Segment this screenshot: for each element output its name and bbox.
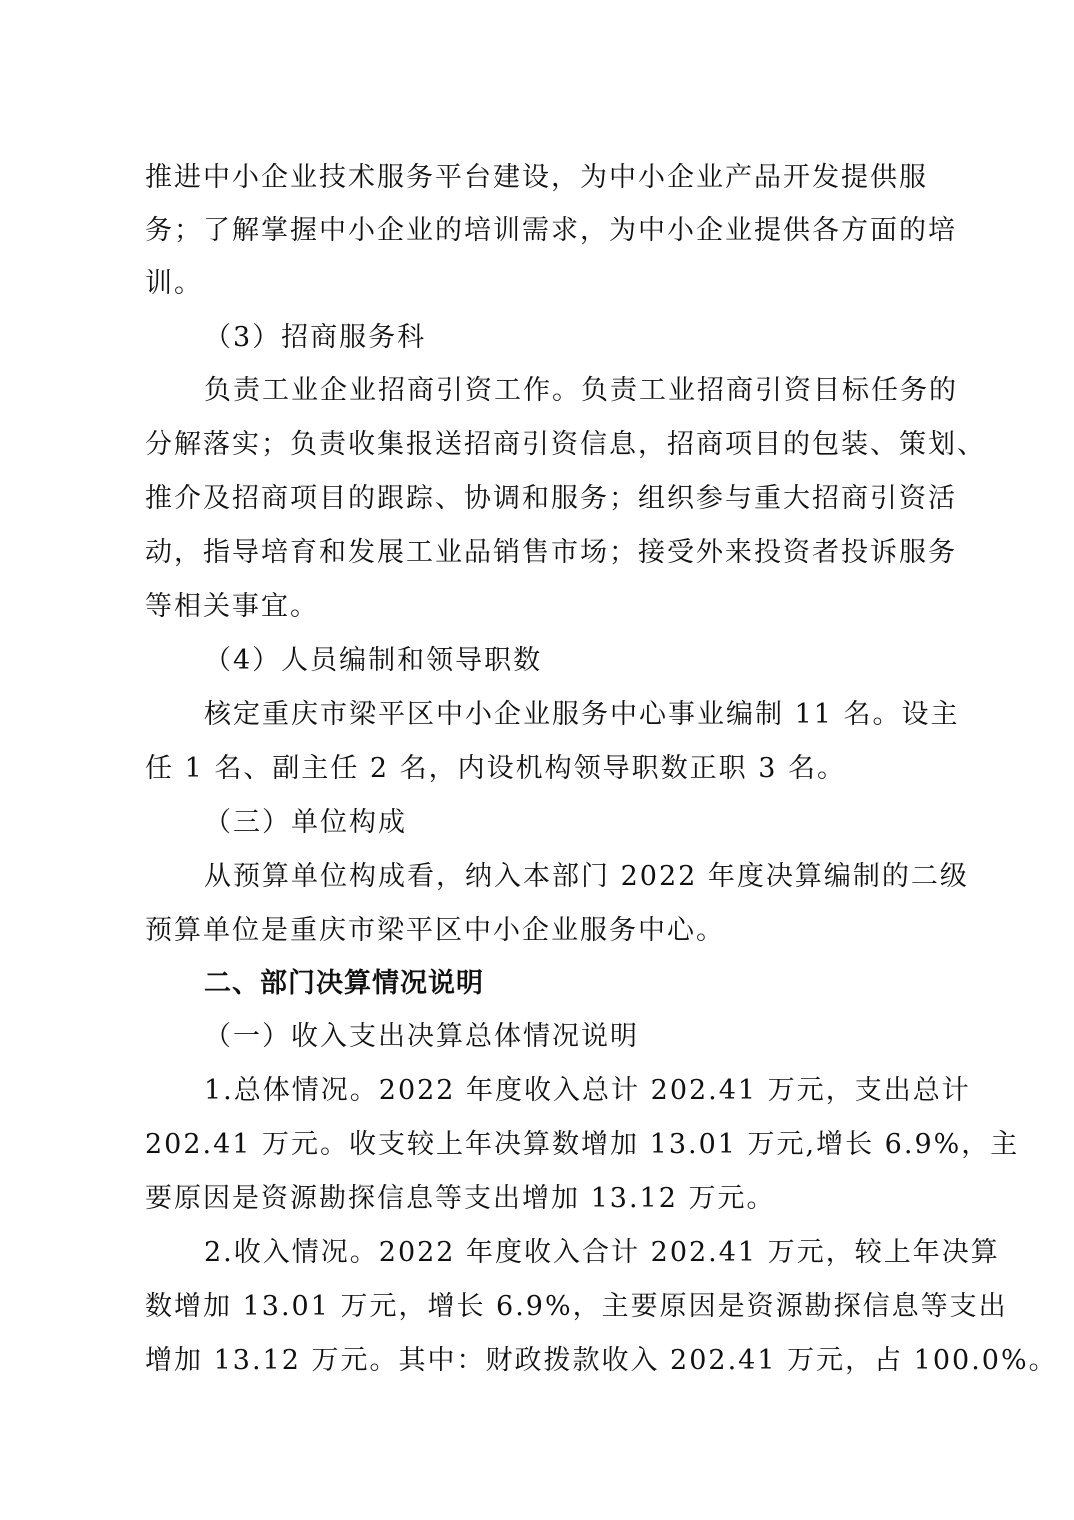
paragraph-line: 核定重庆市梁平区中小企业服务中心事业编制 11 名。设主 [204,697,1004,733]
paragraph-line: 动，指导培育和发展工业品销售市场；接受外来投资者投诉服务 [145,535,945,571]
paragraph-line: 数增加 13.01 万元，增长 6.9%，主要原因是资源勘探信息等支出 [145,1289,945,1325]
section-heading: （三）单位构成 [204,805,1004,841]
paragraph-line: 推介及招商项目的跟踪、协调和服务；组织参与重大招商引资活 [145,481,945,517]
paragraph-line: 2.收入情况。2022 年度收入合计 202.41 万元，较上年决算 [204,1235,1004,1271]
paragraph-line: 202.41 万元。收支较上年决算数增加 13.01 万元,增长 6.9%，主 [145,1127,945,1163]
paragraph-line: 训。 [145,266,945,302]
paragraph-line: 分解落实；负责收集报送招商引资信息，招商项目的包装、策划、 [145,427,945,463]
paragraph-line: 从预算单位构成看，纳入本部门 2022 年度决算编制的二级 [204,859,1004,895]
paragraph-line: 增加 13.12 万元。其中：财政拨款收入 202.41 万元，占 100.0%… [145,1343,945,1379]
section-heading: （一）收入支出决算总体情况说明 [204,1019,1004,1055]
paragraph-line: 要原因是资源勘探信息等支出增加 13.12 万元。 [145,1181,945,1217]
subsection-heading: （4）人员编制和领导职数 [204,643,1004,679]
paragraph-line: 任 1 名、副主任 2 名，内设机构领导职数正职 3 名。 [145,751,945,787]
paragraph-line: 务；了解掌握中小企业的培训需求，为中小企业提供各方面的培 [145,213,945,249]
paragraph-line: 负责工业企业招商引资工作。负责工业招商引资目标任务的 [204,373,1004,409]
chapter-heading: 二、部门决算情况说明 [204,966,1004,1002]
subsection-heading: （3）招商服务科 [204,320,1004,356]
paragraph-line: 等相关事宜。 [145,589,945,625]
paragraph-line: 1.总体情况。2022 年度收入总计 202.41 万元，支出总计 [204,1073,1004,1109]
paragraph-line: 预算单位是重庆市梁平区中小企业服务中心。 [145,913,945,949]
paragraph-line: 推进中小企业技术服务平台建设，为中小企业产品开发提供服 [145,160,945,196]
